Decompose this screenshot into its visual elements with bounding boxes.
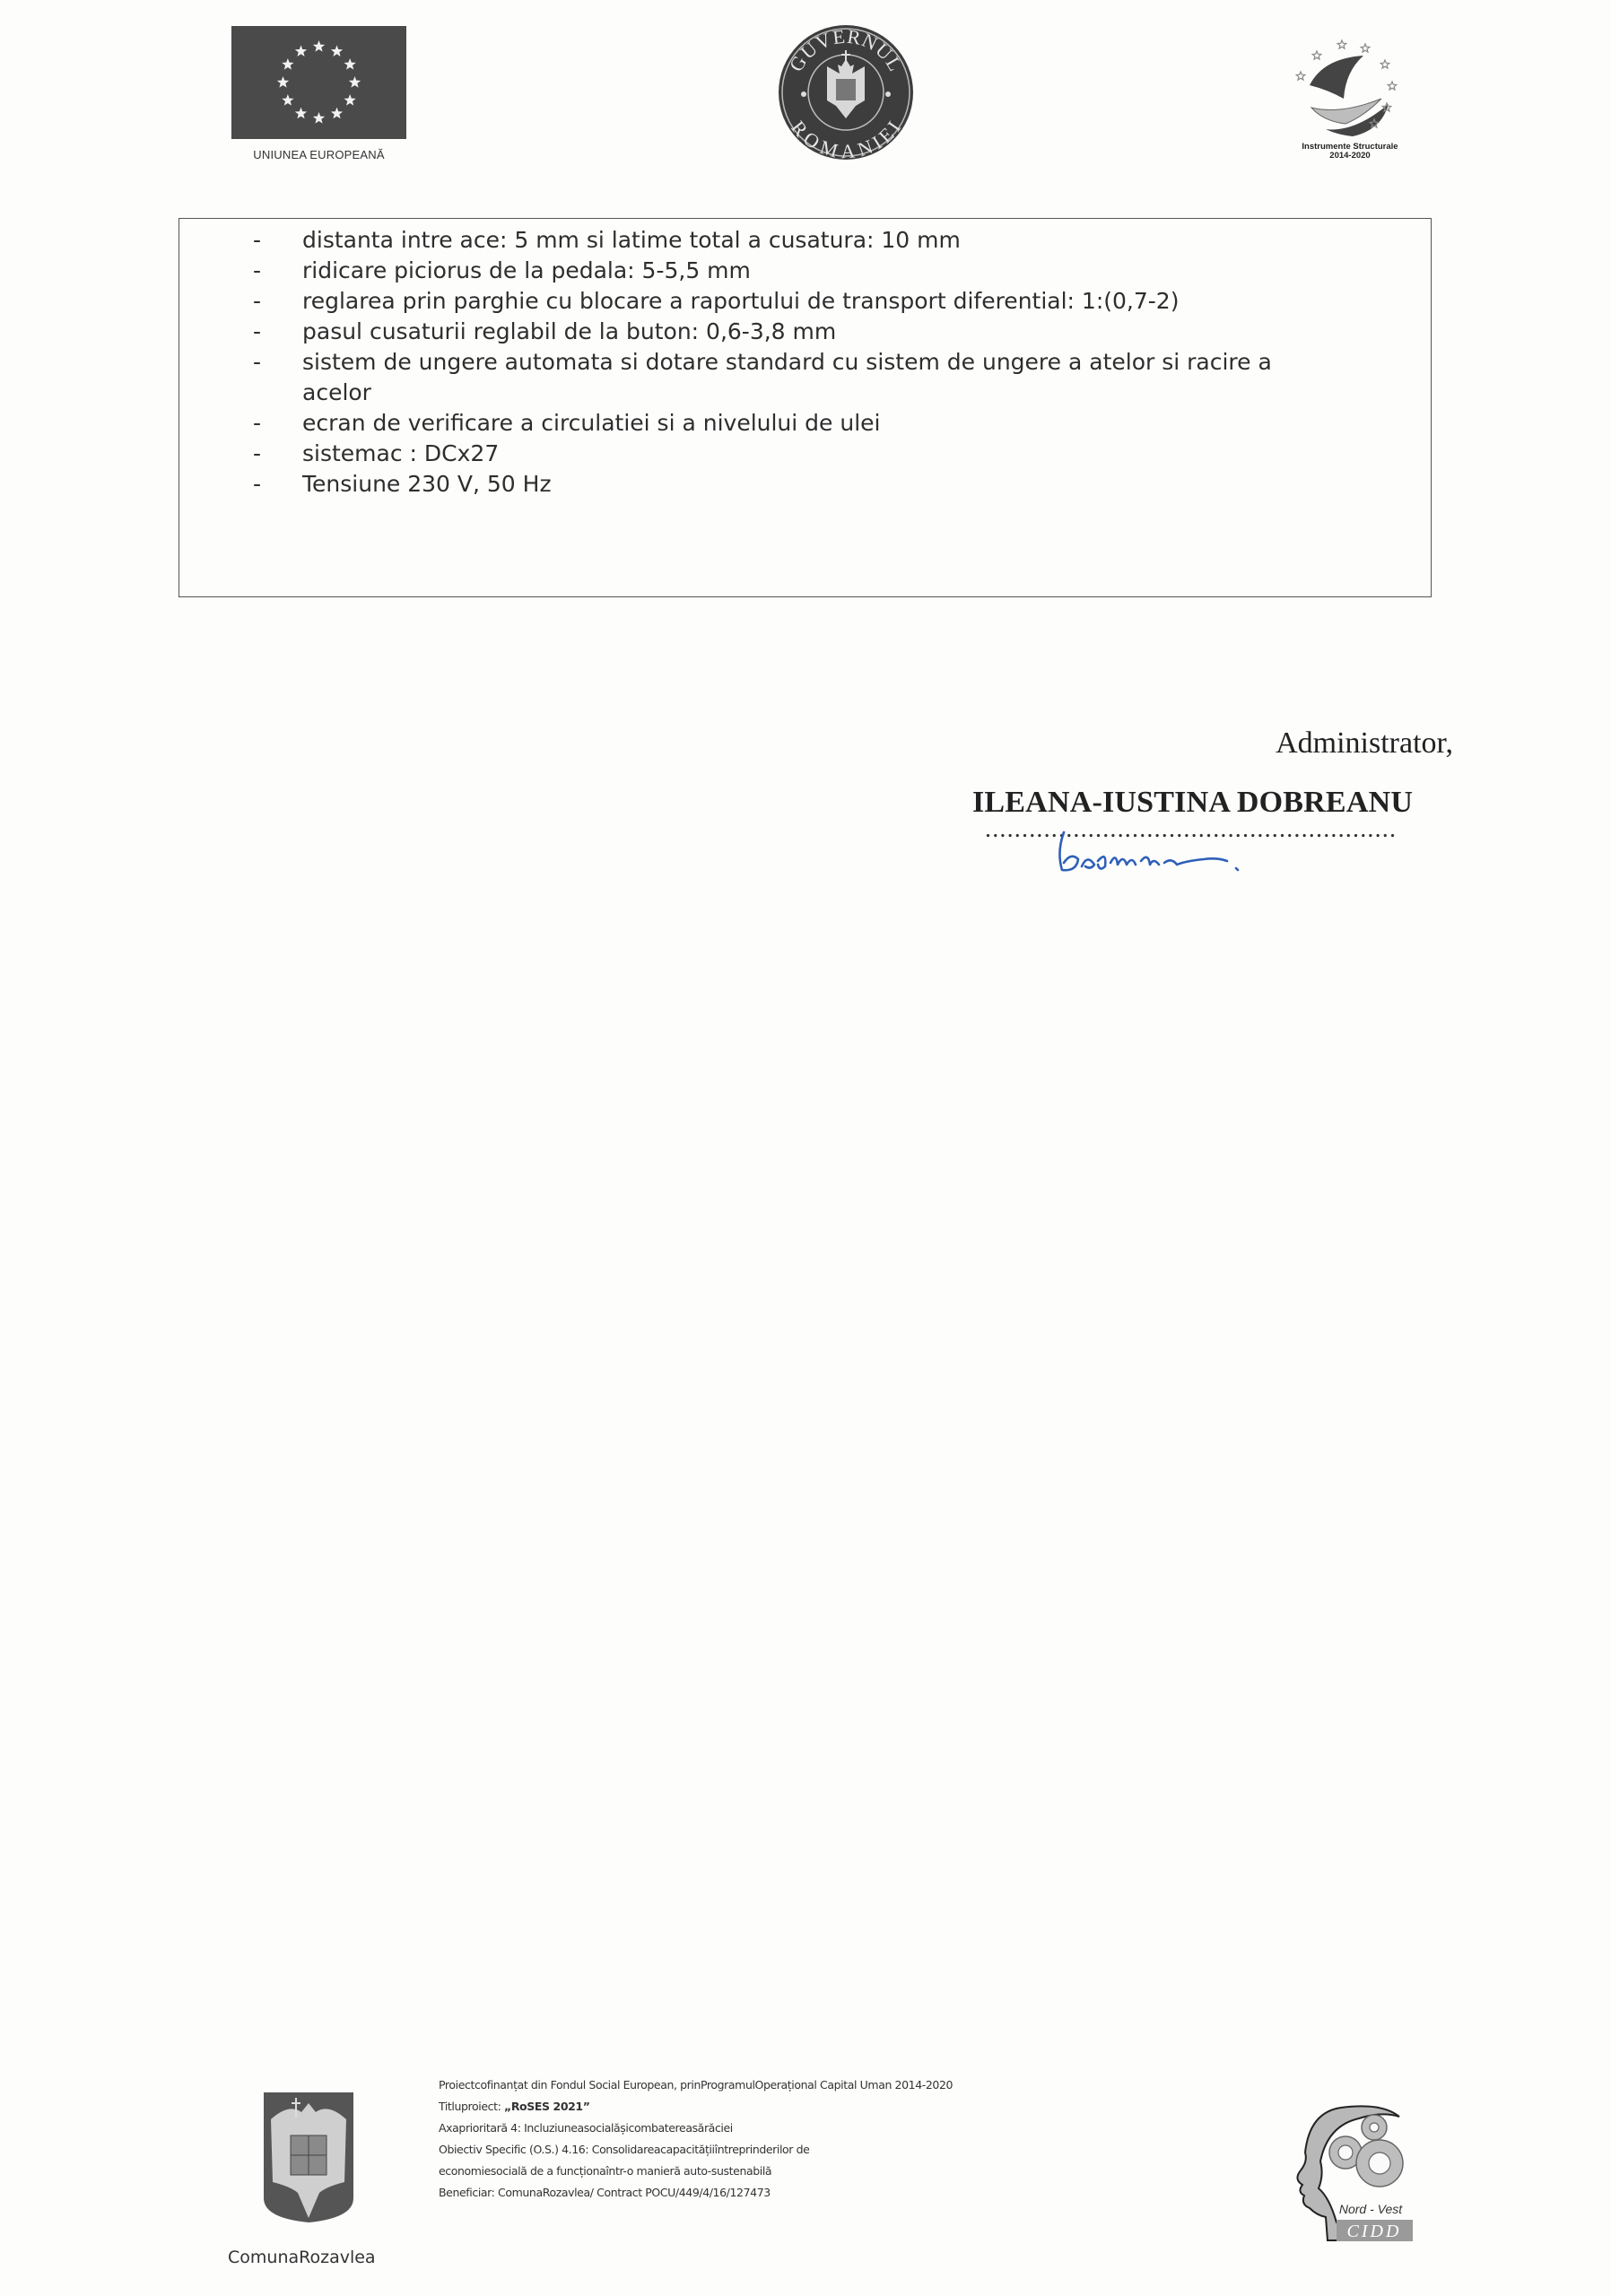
spec-text: ridicare piciorus de la pedala: 5-5,5 mm — [302, 257, 751, 283]
spec-text: acelor — [302, 379, 371, 405]
spec-list-item: -pasul cusaturii reglabil de la buton: 0… — [179, 317, 1431, 347]
spec-text: pasul cusaturii reglabil de la buton: 0,… — [302, 318, 836, 344]
spec-text: ecran de verificare a circulatiei si a n… — [302, 410, 880, 436]
spec-text: distanta intre ace: 5 mm si latime total… — [302, 227, 961, 253]
beneficiary-line: Beneficiar: ComunaRozavlea/ Contract POC… — [439, 2182, 953, 2204]
svg-text:CIDD: CIDD — [1347, 2222, 1402, 2241]
project-title-line: Titluproiect: „RoSES 2021” — [439, 2096, 953, 2118]
structural-logo-caption-line2: 2014-2020 — [1256, 151, 1444, 161]
project-information: Proiectcofinanțat din Fondul Social Euro… — [439, 2074, 953, 2204]
spec-list-item: -sistemac : DCx27 — [179, 439, 1431, 469]
footer-commune-name: ComunaRozavlea — [228, 2248, 376, 2267]
specifications-box: -distanta intre ace: 5 mm si latime tota… — [179, 218, 1432, 597]
eu-logo: UNIUNEA EUROPEANĂ — [231, 26, 406, 161]
cidd-nord-vest-logo: Nord - Vest CIDD — [1274, 2090, 1431, 2251]
bullet-dash: - — [253, 347, 261, 378]
specific-objective-line-cont: economiesocială de a funcționaîntr-o man… — [439, 2161, 953, 2182]
head-with-gears-icon: Nord - Vest CIDD — [1274, 2090, 1431, 2247]
bullet-dash: - — [253, 286, 261, 317]
romanian-government-seal: GUVERNUL ROMANIEI — [777, 23, 915, 161]
government-seal-icon: GUVERNUL ROMANIEI — [777, 23, 915, 161]
bullet-dash: - — [253, 225, 261, 256]
romania-coat-of-arms — [264, 2092, 353, 2227]
bullet-dash: - — [253, 317, 261, 347]
project-title: „RoSES 2021” — [504, 2100, 590, 2113]
spec-list-item: acelor — [179, 378, 1431, 408]
specifications-list: -distanta intre ace: 5 mm si latime tota… — [179, 225, 1431, 500]
structural-instruments-logo: Instrumente Structurale 2014-2020 — [1256, 18, 1444, 161]
bullet-dash: - — [253, 408, 261, 439]
structural-instruments-icon — [1256, 18, 1444, 139]
spec-list-item: -distanta intre ace: 5 mm si latime tota… — [179, 225, 1431, 256]
spec-list-item: -ridicare piciorus de la pedala: 5-5,5 m… — [179, 256, 1431, 286]
spec-list-item: -sistem de ungere automata si dotare sta… — [179, 347, 1431, 378]
svg-text:Nord - Vest: Nord - Vest — [1339, 2202, 1403, 2216]
spec-text: sistemac : DCx27 — [302, 440, 499, 466]
spec-list-item: -Tensiune 230 V, 50 Hz — [179, 469, 1431, 500]
priority-axis-line: Axaprioritară 4: Incluziuneasocialășicom… — [439, 2118, 953, 2139]
coat-of-arms-icon — [264, 2092, 353, 2222]
eu-flag-icon — [231, 26, 406, 139]
spec-text: sistem de ungere automata si dotare stan… — [302, 349, 1272, 375]
bullet-dash: - — [253, 439, 261, 469]
specific-objective-line: Obiectiv Specific (O.S.) 4.16: Consolida… — [439, 2139, 953, 2161]
spec-text: reglarea prin parghie cu blocare a rapor… — [302, 288, 1179, 314]
signatory-role: Administrator, — [1276, 726, 1453, 761]
eu-logo-caption: UNIUNEA EUROPEANĂ — [231, 148, 406, 161]
bullet-dash: - — [253, 469, 261, 500]
spec-text: Tensiune 230 V, 50 Hz — [302, 471, 552, 497]
bullet-dash: - — [253, 256, 261, 286]
handwritten-signature-icon — [1051, 825, 1267, 879]
spec-list-item: -ecran de verificare a circulatiei si a … — [179, 408, 1431, 439]
spec-list-item: -reglarea prin parghie cu blocare a rapo… — [179, 286, 1431, 317]
project-funding-line: Proiectcofinanțat din Fondul Social Euro… — [439, 2074, 953, 2096]
